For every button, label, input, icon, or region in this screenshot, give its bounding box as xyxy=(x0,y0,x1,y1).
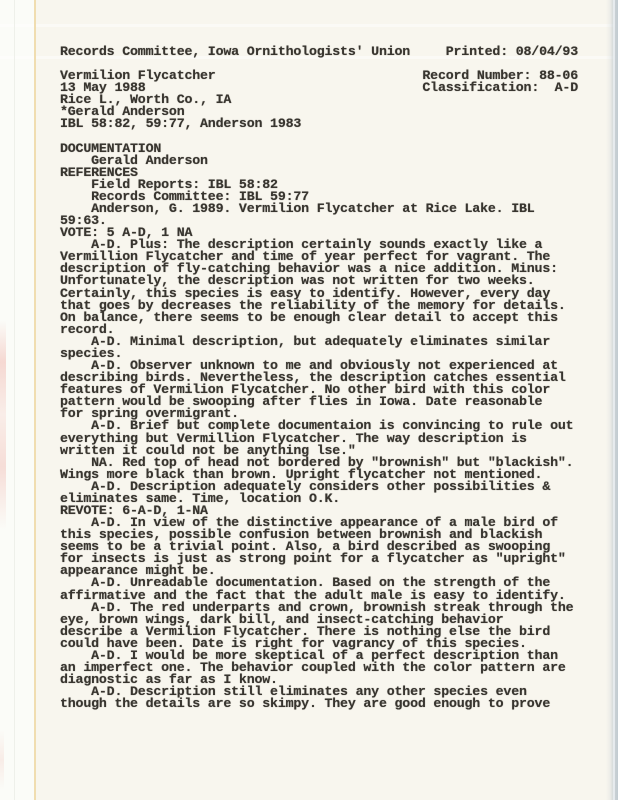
scan-smudge xyxy=(0,320,6,530)
text-line-left: A-D. Minimal description, but adequately… xyxy=(60,334,550,349)
text-line: Anderson, G. 1989. Vermilion Flycatcher … xyxy=(60,203,594,215)
text-line-right: Classification: A-D xyxy=(422,82,578,94)
text-line: A-D. Minimal description, but adequately… xyxy=(60,336,594,348)
scan-smudge xyxy=(0,730,4,790)
margin-crease-line xyxy=(14,0,15,800)
text-line: though the details are so skimpy. They a… xyxy=(60,698,594,710)
page-edge-line xyxy=(34,0,36,800)
text-line-right: Printed: 08/04/93 xyxy=(446,46,578,58)
text-line-left: On balance, there seems to be enough cle… xyxy=(60,310,558,325)
text-line-left: Records Committee, Iowa Ornithologists' … xyxy=(60,44,410,59)
document-text-block: Records Committee, Iowa Ornithologists' … xyxy=(60,46,594,710)
scan-striation xyxy=(0,24,618,27)
scanner-edge-shadow xyxy=(606,0,618,800)
text-line: Records Committee, Iowa Ornithologists' … xyxy=(60,46,594,58)
text-line-left: though the details are so skimpy. They a… xyxy=(60,696,550,711)
text-line: Gerald Anderson xyxy=(60,155,594,167)
text-line-left: IBL 58:82, 59:77, Anderson 1983 xyxy=(60,116,301,131)
text-line-left: Anderson, G. 1989. Vermilion Flycatcher … xyxy=(60,201,535,216)
scanner-edge-highlight xyxy=(613,0,615,800)
text-line: IBL 58:82, 59:77, Anderson 1983 xyxy=(60,118,594,130)
scanned-document-page: Records Committee, Iowa Ornithologists' … xyxy=(0,0,618,800)
text-line: On balance, there seems to be enough cle… xyxy=(60,312,594,324)
